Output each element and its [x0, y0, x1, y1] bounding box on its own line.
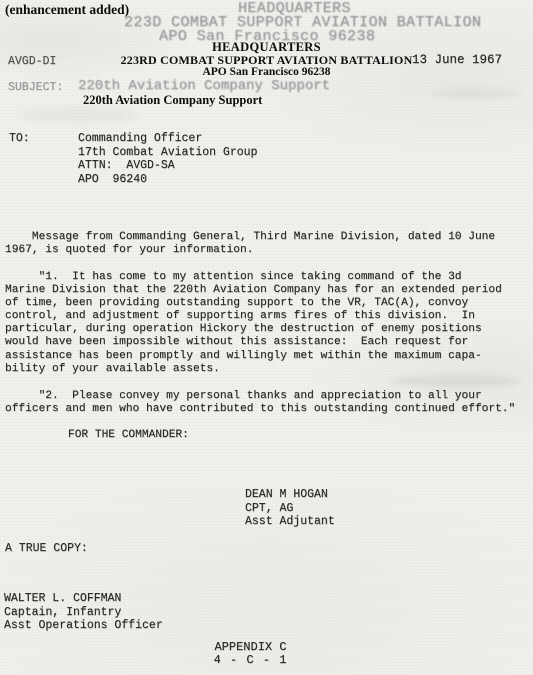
letterhead-apo: APO San Francisco 96238	[0, 66, 533, 78]
paper-smudge	[20, 108, 140, 122]
certifier-block: WALTER L. COFFMAN Captain, Infantry Asst…	[4, 592, 163, 633]
body-paragraph-1: Message from Commanding General, Third M…	[5, 231, 495, 257]
to-address: Commanding Officer 17th Combat Aviation …	[78, 132, 257, 186]
subject-enhanced-value: 220th Aviation Company Support	[83, 93, 262, 108]
footer-page-number: 4 - C - 1	[0, 654, 517, 667]
enhancement-note: (enhancement added)	[5, 2, 129, 18]
certifier-name: WALTER L. COFFMAN	[4, 592, 121, 605]
body-paragraph-2: "1. It has come to my attention since ta…	[5, 271, 502, 376]
signature-block: DEAN M HOGAN CPT, AG Asst Adjutant	[245, 488, 335, 529]
certifier-title: Asst Operations Officer	[4, 619, 163, 632]
paper-smudge	[390, 375, 520, 387]
office-symbol: AVGD-DI	[8, 55, 56, 69]
closing-line: FOR THE COMMANDER:	[68, 429, 189, 442]
paper-smudge	[430, 88, 520, 98]
signer-title: Asst Adjutant	[245, 515, 335, 528]
true-copy-label: A TRUE COPY:	[5, 542, 88, 556]
signer-name: DEAN M HOGAN	[245, 488, 328, 501]
body-paragraph-3: "2. Please convey my personal thanks and…	[5, 390, 515, 416]
signer-rank: CPT, AG	[245, 502, 293, 515]
certifier-rank: Captain, Infantry	[4, 606, 121, 619]
scanned-letter-page: (enhancement added) HEADQUARTERS 223D CO…	[0, 0, 533, 675]
subject-faded-value: 220th Aviation Company Support	[78, 80, 330, 93]
letter-date: 13 June 1967	[412, 54, 502, 67]
to-label: TO:	[9, 132, 30, 146]
subject-label: SUBJECT:	[8, 81, 63, 95]
